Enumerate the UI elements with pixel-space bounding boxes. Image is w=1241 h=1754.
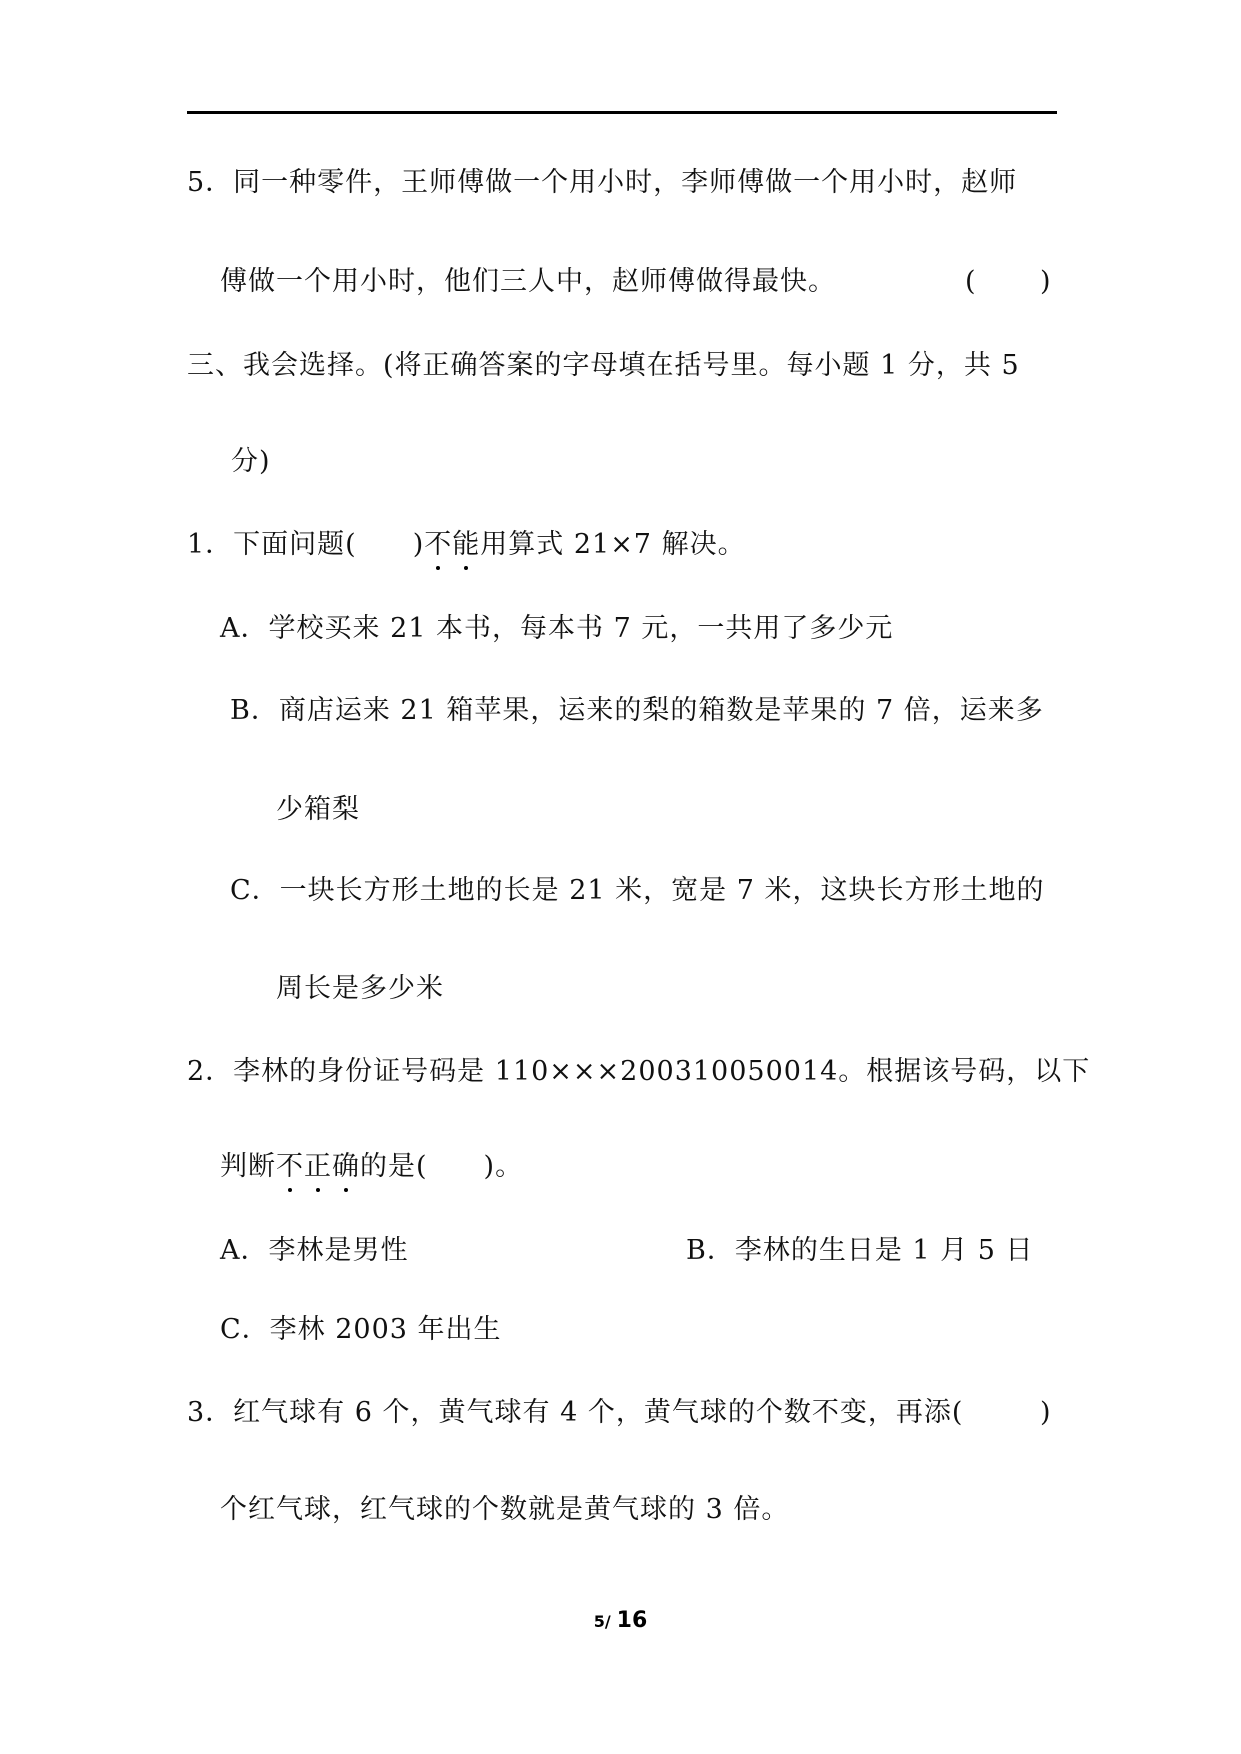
q1-option-c-cont: 周长是多少米 (276, 972, 444, 1006)
q2-option-a: A．李林是男性 (220, 1234, 409, 1268)
q2-emph-char-3: 确 (332, 1150, 360, 1184)
q1-emph-char-2: 能 (452, 528, 480, 562)
q2-emph-char-2: 正 (304, 1150, 332, 1184)
q5-line-2: 傅做一个用小时，他们三人中，赵师傅做得最快。 (220, 265, 836, 299)
q3-stem-line-2: 个红气球，红气球的个数就是黄气球的 3 倍。 (220, 1493, 789, 1527)
q1-stem: 1．下面问题( )不能用算式 21×7 解决。 (187, 528, 746, 562)
q2-option-b: B．李林的生日是 1 月 5 日 (686, 1234, 1034, 1268)
q2-stem-before: 判断 (220, 1151, 276, 1182)
q2-stem-line-2: 判断不正确的是( )。 (220, 1150, 523, 1184)
page-number: 5/16 (0, 1608, 1241, 1633)
q1-option-c: C．一块长方形土地的长是 21 米，宽是 7 米，这块长方形土地的 (230, 874, 1045, 908)
q5-answer-paren-left[interactable]: ( (965, 265, 976, 299)
q5-line-1: 5．同一种零件，王师傅做一个用小时，李师傅做一个用小时，赵师 (187, 166, 1017, 200)
q1-stem-before: 1．下面问题( ) (187, 529, 424, 560)
q1-option-a: A．学校买来 21 本书，每本书 7 元，一共用了多少元 (220, 612, 893, 646)
q1-emph-char-1: 不 (424, 528, 452, 562)
q2-stem-after: 的是( )。 (360, 1151, 523, 1182)
q3-answer-paren-right[interactable]: ) (1040, 1396, 1051, 1430)
q3-stem-line-1: 3．红气球有 6 个，黄气球有 4 个，黄气球的个数不变，再添( (187, 1396, 963, 1430)
q1-stem-after: 用算式 21×7 解决。 (480, 529, 745, 560)
q1-option-b: B．商店运来 21 箱苹果，运来的梨的箱数是苹果的 7 倍，运来多 (230, 694, 1044, 728)
section-3-heading: 三、我会选择。(将正确答案的字母填在括号里。每小题 1 分，共 5 (187, 349, 1020, 383)
page-total: 16 (617, 1608, 648, 1633)
section-3-heading-cont: 分) (231, 445, 271, 479)
q2-option-c: C．李林 2003 年出生 (220, 1313, 502, 1347)
page-current: 5/ (594, 1612, 611, 1631)
q2-emph-char-1: 不 (276, 1150, 304, 1184)
q1-option-b-cont: 少箱梨 (276, 793, 360, 827)
q5-answer-paren-right[interactable]: ) (1040, 265, 1051, 299)
q2-stem-line-1: 2．李林的身份证号码是 110×××200310050014。根据该号码，以下 (187, 1055, 1090, 1089)
header-rule (187, 111, 1057, 114)
